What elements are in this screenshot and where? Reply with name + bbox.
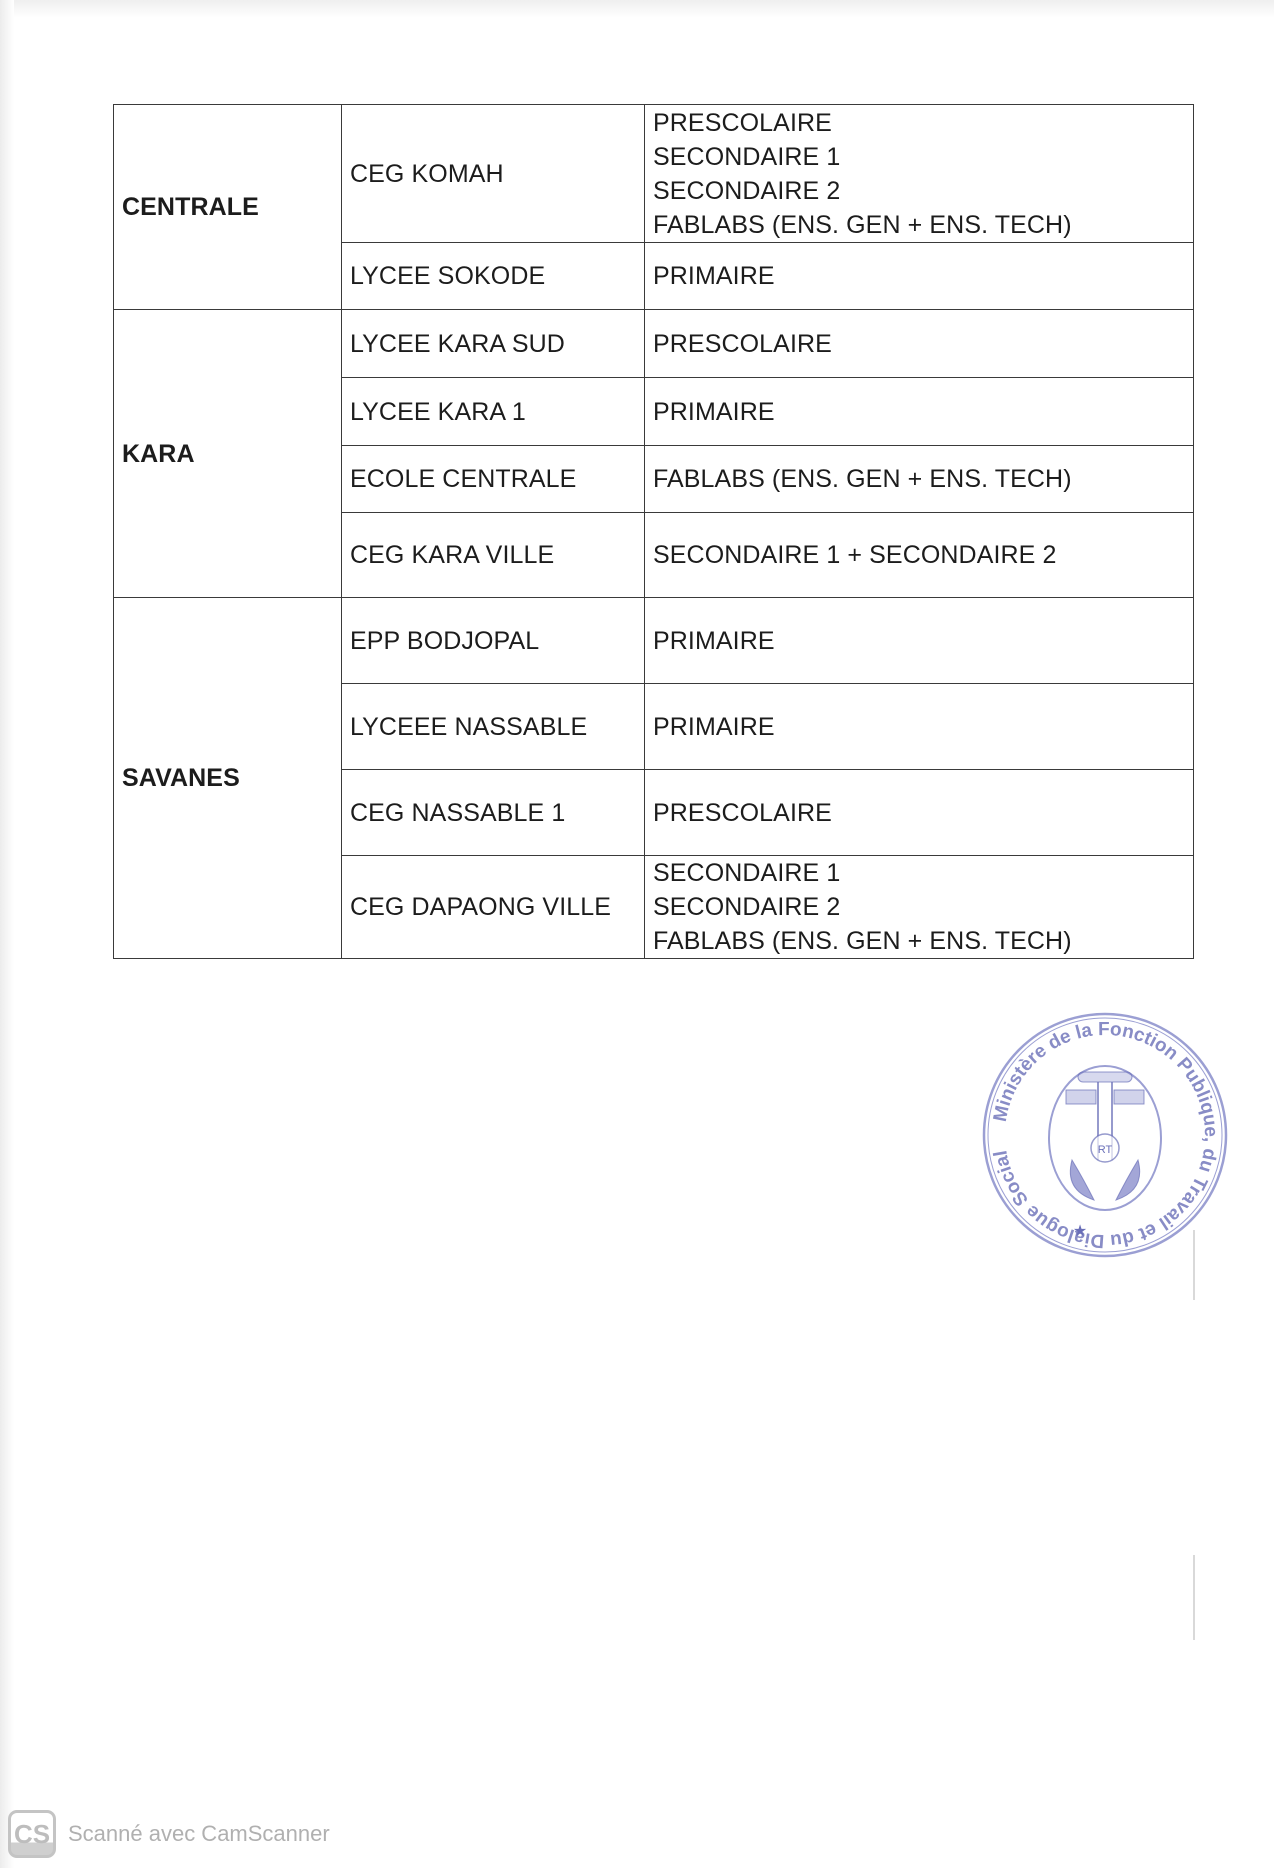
school-cell: CEG KARA VILLE <box>342 513 645 598</box>
level-cell: PRESCOLAIRE <box>645 310 1194 378</box>
official-stamp: Ministère de la Fonction Publique, du Tr… <box>980 1010 1230 1260</box>
scan-artifact <box>1193 1555 1195 1640</box>
level-line: SECONDAIRE 2 <box>653 174 1193 208</box>
level-cell: FABLABS (ENS. GEN + ENS. TECH) <box>645 446 1194 513</box>
region-cell: KARA <box>114 310 342 598</box>
school-cell: CEG DAPAONG VILLE <box>342 856 645 959</box>
table-row: SAVANES EPP BODJOPAL PRIMAIRE <box>114 598 1194 684</box>
watermark-text: Scanné avec CamScanner <box>68 1821 330 1847</box>
level-cell: SECONDAIRE 1 + SECONDAIRE 2 <box>645 513 1194 598</box>
stamp-star-icon: ★ <box>1073 1221 1087 1240</box>
stamp-center-mark: RT <box>1098 1144 1113 1156</box>
level-cell: SECONDAIRE 1 SECONDAIRE 2 FABLABS (ENS. … <box>645 856 1194 959</box>
region-cell: SAVANES <box>114 598 342 959</box>
school-cell: LYCEE KARA SUD <box>342 310 645 378</box>
scan-artifact <box>1193 1230 1195 1300</box>
level-cell: PRIMAIRE <box>645 684 1194 770</box>
school-cell: CEG KOMAH <box>342 105 645 243</box>
scan-top-edge <box>0 0 1274 18</box>
scan-left-edge <box>0 0 14 1868</box>
camscanner-logo-icon: CS <box>8 1810 56 1858</box>
school-cell: LYCEE KARA 1 <box>342 378 645 446</box>
level-cell: PRIMAIRE <box>645 243 1194 310</box>
level-cell: PRESCOLAIRE SECONDAIRE 1 SECONDAIRE 2 FA… <box>645 105 1194 243</box>
schools-table: CENTRALE CEG KOMAH PRESCOLAIRE SECONDAIR… <box>113 104 1194 959</box>
level-cell: PRESCOLAIRE <box>645 770 1194 856</box>
table-row: CENTRALE CEG KOMAH PRESCOLAIRE SECONDAIR… <box>114 105 1194 243</box>
level-line: PRESCOLAIRE <box>653 106 1193 140</box>
camscanner-watermark: CS Scanné avec CamScanner <box>8 1808 330 1860</box>
level-line: FABLABS (ENS. GEN + ENS. TECH) <box>653 924 1193 958</box>
region-cell: CENTRALE <box>114 105 342 310</box>
level-line: FABLABS (ENS. GEN + ENS. TECH) <box>653 208 1193 242</box>
level-cell: PRIMAIRE <box>645 598 1194 684</box>
stamp-seal-icon: Ministère de la Fonction Publique, du Tr… <box>980 1010 1230 1260</box>
level-line: SECONDAIRE 1 <box>653 140 1193 174</box>
level-line: SECONDAIRE 1 <box>653 856 1193 890</box>
school-cell: ECOLE CENTRALE <box>342 446 645 513</box>
school-cell: LYCEEE NASSABLE <box>342 684 645 770</box>
school-cell: EPP BODJOPAL <box>342 598 645 684</box>
school-cell: CEG NASSABLE 1 <box>342 770 645 856</box>
level-cell: PRIMAIRE <box>645 378 1194 446</box>
level-line: SECONDAIRE 2 <box>653 890 1193 924</box>
table-row: KARA LYCEE KARA SUD PRESCOLAIRE <box>114 310 1194 378</box>
school-cell: LYCEE SOKODE <box>342 243 645 310</box>
